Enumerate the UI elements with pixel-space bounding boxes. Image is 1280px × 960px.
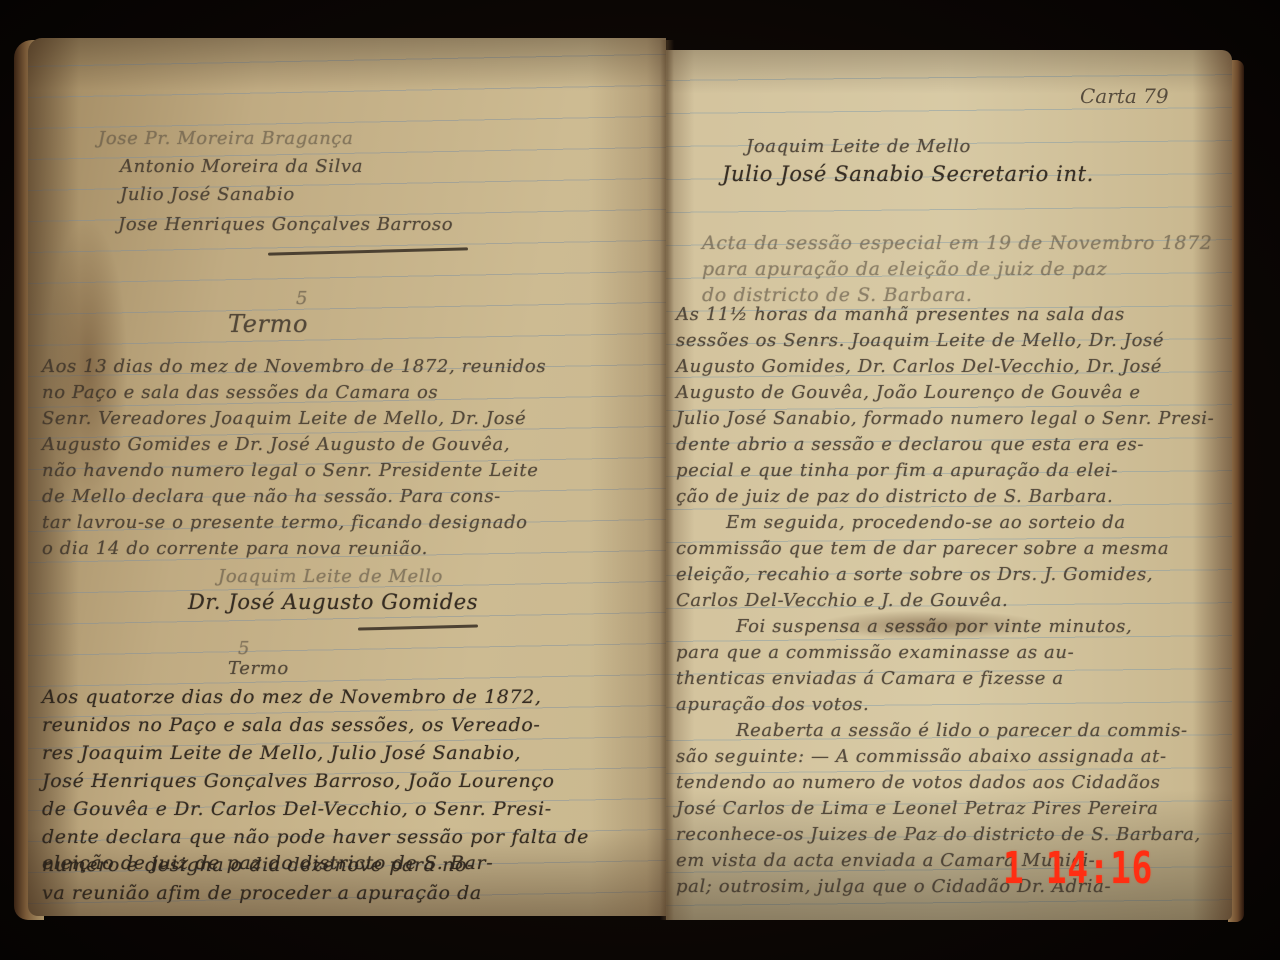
minutes-line: Carlos Del-Vecchio e J. de Gouvêa. — [676, 590, 1008, 611]
entry-heading: Termo — [228, 310, 308, 338]
minutes-title-line: para apuração da eleição de juiz de paz — [702, 258, 1107, 280]
folio-number: Carta 79 — [1080, 84, 1169, 108]
signature-line: Jose Henriques Gonçalves Barroso — [118, 214, 453, 235]
signature-underline — [268, 247, 468, 255]
camera-timestamp: 1 14:16 — [1003, 843, 1153, 894]
minutes-line: eleição, recahio a sorte sobre os Drs. J… — [676, 564, 1153, 585]
minutes-line: apuração dos votos. — [676, 694, 869, 715]
entry-line: res Joaquim Leite de Mello, Julio José S… — [42, 742, 521, 764]
left-page: Jose Pr. Moreira Bragança Antonio Moreir… — [28, 38, 666, 916]
minutes-line: pecial e que tinha por fim a apuração da… — [676, 460, 1118, 481]
minutes-line: para que a commissão examinasse as au- — [676, 642, 1074, 663]
minutes-line: Reaberta a sessão é lido o parecer da co… — [736, 720, 1188, 741]
minutes-line: commissão que tem de dar parecer sobre a… — [676, 538, 1169, 559]
photo-scene: Jose Pr. Moreira Bragança Antonio Moreir… — [0, 0, 1280, 960]
signature-line: Dr. José Augusto Gomides — [188, 590, 478, 614]
minutes-line: José Carlos de Lima e Leonel Petraz Pire… — [676, 798, 1159, 819]
minutes-line: Augusto Gomides, Dr. Carlos Del-Vecchio,… — [676, 356, 1162, 377]
entry-line: no Paço e sala das sessões da Camara os — [42, 382, 438, 403]
entry-line: dente declara que não pode haver sessão … — [42, 826, 589, 848]
minutes-line: reconhece-os Juizes de Paz do districto … — [676, 824, 1201, 845]
entry-line: va reunião afim de proceder a apuração d… — [42, 882, 482, 904]
signature-underline — [358, 624, 478, 630]
minutes-line: Foi suspensa a sessão por vinte minutos, — [736, 616, 1132, 637]
entry-line: Aos 13 dias do mez de Novembro de 1872, … — [42, 356, 546, 377]
minutes-line: dente abrio a sessão e declarou que esta… — [676, 434, 1144, 455]
entry-line: Aos quatorze dias do mez de Novembro de … — [42, 686, 542, 708]
entry-mark: 5 — [296, 288, 308, 309]
entry-line: de Gouvêa e Dr. Carlos Del-Vecchio, o Se… — [42, 798, 552, 820]
minutes-title-line: Acta da sessão especial em 19 de Novembr… — [702, 232, 1212, 254]
signature-line: Julio José Sanabio — [120, 184, 295, 205]
minutes-line: Augusto de Gouvêa, João Lourenço de Gouv… — [676, 382, 1141, 403]
entry-line: o dia 14 do corrente para nova reunião. — [42, 538, 428, 559]
minutes-line: thenticas enviadas á Camara e fizesse a — [676, 668, 1064, 689]
entry-mark: 5 — [238, 638, 250, 659]
minutes-line: Julio José Sanabio, formado numero legal… — [676, 408, 1214, 429]
signature-line: Jose Pr. Moreira Bragança — [98, 128, 353, 149]
minutes-line: sessões os Senrs. Joaquim Leite de Mello… — [676, 330, 1164, 351]
entry-line: de Mello declara que não ha sessão. Para… — [42, 486, 501, 507]
entry-line: Senr. Vereadores Joaquim Leite de Mello,… — [42, 408, 526, 429]
entry-line: não havendo numero legal o Senr. Preside… — [42, 460, 539, 481]
minutes-line: Em seguida, procedendo-se ao sorteio da — [726, 512, 1126, 533]
minutes-line: As 11½ horas da manhã presentes na sala … — [676, 304, 1125, 325]
entry-line: reunidos no Paço e sala das sessões, os … — [42, 714, 540, 736]
signature-line: Joaquim Leite de Mello — [218, 566, 443, 587]
entry-line: Augusto Gomides e Dr. José Augusto de Go… — [42, 434, 510, 455]
minutes-line: tendendo ao numero de votos dados aos Ci… — [676, 772, 1160, 793]
entry-line: José Henriques Gonçalves Barroso, João L… — [42, 770, 555, 792]
signature-line: Joaquim Leite de Mello — [746, 136, 971, 157]
minutes-line: são seguinte: — A commissão abaixo assig… — [676, 746, 1167, 767]
right-page: Joaquim Leite de Mello Julio José Sanabi… — [666, 50, 1232, 920]
minutes-title-line: do districto de S. Barbara. — [702, 284, 973, 306]
minutes-line: ção de juiz de paz do districto de S. Ba… — [676, 486, 1113, 507]
entry-heading: Termo — [228, 658, 289, 679]
entry-line: tar lavrou-se o presente termo, ficando … — [42, 512, 528, 533]
entry-line: eleição de juiz de paz do districto de S… — [42, 852, 493, 874]
signature-line: Julio José Sanabio Secretario int. — [722, 162, 1094, 186]
signature-line: Antonio Moreira da Silva — [120, 156, 363, 177]
book-gutter — [660, 40, 674, 920]
